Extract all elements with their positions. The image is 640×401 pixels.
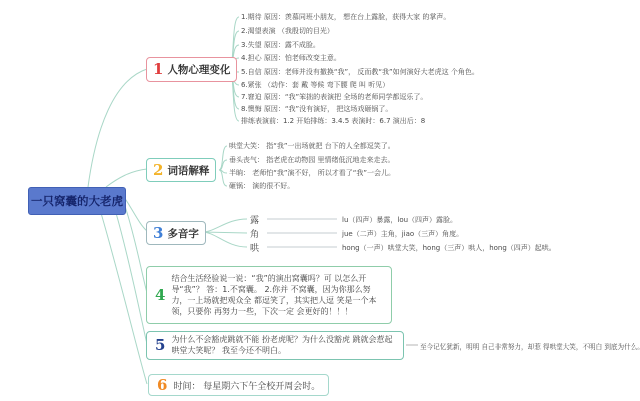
psychology-item-8[interactable]: 8.懊悔 原因：“我”没有演好， 把这场戏砸锅了。 (241, 105, 392, 114)
psychology-item-2[interactable]: 2.渴望表演 （我殷切的目光） (241, 27, 334, 36)
polyphone-reading-3[interactable]: hong（一声）哄堂大笑，hong（三声）哄人，hong（四声）起哄。 (342, 243, 556, 253)
branch-node-psychology[interactable]: 1 人物心理变化 (146, 57, 237, 82)
psychology-item-5[interactable]: 5.自信 原因：老师并没有撤换“我”， 反而教“我”如何演好大老虎这 个角色。 (241, 68, 479, 77)
branch-number-5: 5 (155, 338, 165, 353)
vocab-item-2[interactable]: 垂头丧气： 指老虎在动物园 里情绪低沉地走来走去。 (229, 156, 394, 165)
polyphone-char-2[interactable]: 角 (250, 227, 259, 240)
central-topic[interactable]: 一只窝囊的大老虎 (28, 187, 126, 215)
vocab-item-4[interactable]: 砸锅： 演的很不好。 (229, 182, 294, 191)
polyphone-char-3[interactable]: 哄 (250, 241, 259, 254)
branch-number-3: 3 (153, 226, 163, 241)
vocab-item-1[interactable]: 哄堂大笑： 指“我”一出场就把 台下的人全都逗笑了。 (229, 142, 395, 151)
vocab-item-3[interactable]: 半晌： 老师怕“我”演不好， 所以才看了“我”一会儿。 (229, 169, 395, 178)
mindmap-canvas: 一只窝囊的大老虎 1 人物心理变化 1.期待 原因：羡慕同班小朋友， 想在台上露… (0, 0, 640, 401)
polyphone-char-1[interactable]: 露 (250, 213, 259, 226)
psychology-item-1[interactable]: 1.期待 原因：羡慕同班小朋友， 想在台上露脸，获得大家 的掌声。 (241, 13, 450, 22)
branch-number-2: 2 (153, 163, 163, 178)
psychology-item-summary[interactable]: 排练表演前：1.2 开始排练：3.4.5 表演时：6.7 演出后：8 (241, 117, 425, 126)
branch-number-1: 1 (153, 62, 163, 77)
polyphone-reading-2[interactable]: jue（二声）主角，jiao（三声）角度。 (342, 229, 463, 239)
psychology-item-3[interactable]: 3.失望 原因：露不成脸。 (241, 41, 320, 50)
discussion-text: 结合生活经验说一说：“我”的演出窝囊吗？可 以怎么开导“我”？ 答：1.不窝囊。… (171, 273, 383, 317)
branch-label-polyphones: 多音字 (167, 226, 199, 241)
question-text: 为什么不会豁虎跳就不能 扮老虎呢？为什么没豁虎 跳就会惹起哄堂大笑呢？ 我至今还… (171, 335, 395, 356)
branch-number-4: 4 (155, 288, 165, 303)
branch-label-vocabulary: 词语解释 (167, 163, 209, 178)
time-text: 时间： 每星期六下午全校开周会时。 (173, 379, 320, 392)
branch-number-6: 6 (157, 378, 167, 393)
branch-label-psychology: 人物心理变化 (167, 62, 230, 77)
polyphone-reading-1[interactable]: lu（四声）暴露，lou（四声）露脸。 (342, 215, 457, 225)
psychology-item-4[interactable]: 4.担心 原因：怕老师改变主意。 (241, 54, 341, 63)
branch-node-question[interactable]: 5 为什么不会豁虎跳就不能 扮老虎呢？为什么没豁虎 跳就会惹起哄堂大笑呢？ 我至… (146, 331, 404, 360)
branch-node-discussion[interactable]: 4 结合生活经验说一说：“我”的演出窝囊吗？可 以怎么开导“我”？ 答：1.不窝… (146, 266, 392, 324)
branch-node-vocabulary[interactable]: 2 词语解释 (146, 158, 216, 182)
branch-node-time[interactable]: 6 时间： 每星期六下午全校开周会时。 (148, 374, 329, 396)
psychology-item-7[interactable]: 7.窘迫 原因：“我”笨拙的表演把 全场的老师同学都逗乐了。 (241, 93, 427, 102)
question-note[interactable]: 至今记忆犹新，明明 自己非常努力，却惹 得哄堂大笑，不明白 到底为什么。 (420, 341, 640, 351)
psychology-item-6[interactable]: 6.紧张 （动作：套 戴 等候 弯下腰 爬 叫 听见） (241, 81, 389, 90)
branch-node-polyphones[interactable]: 3 多音字 (146, 221, 206, 245)
